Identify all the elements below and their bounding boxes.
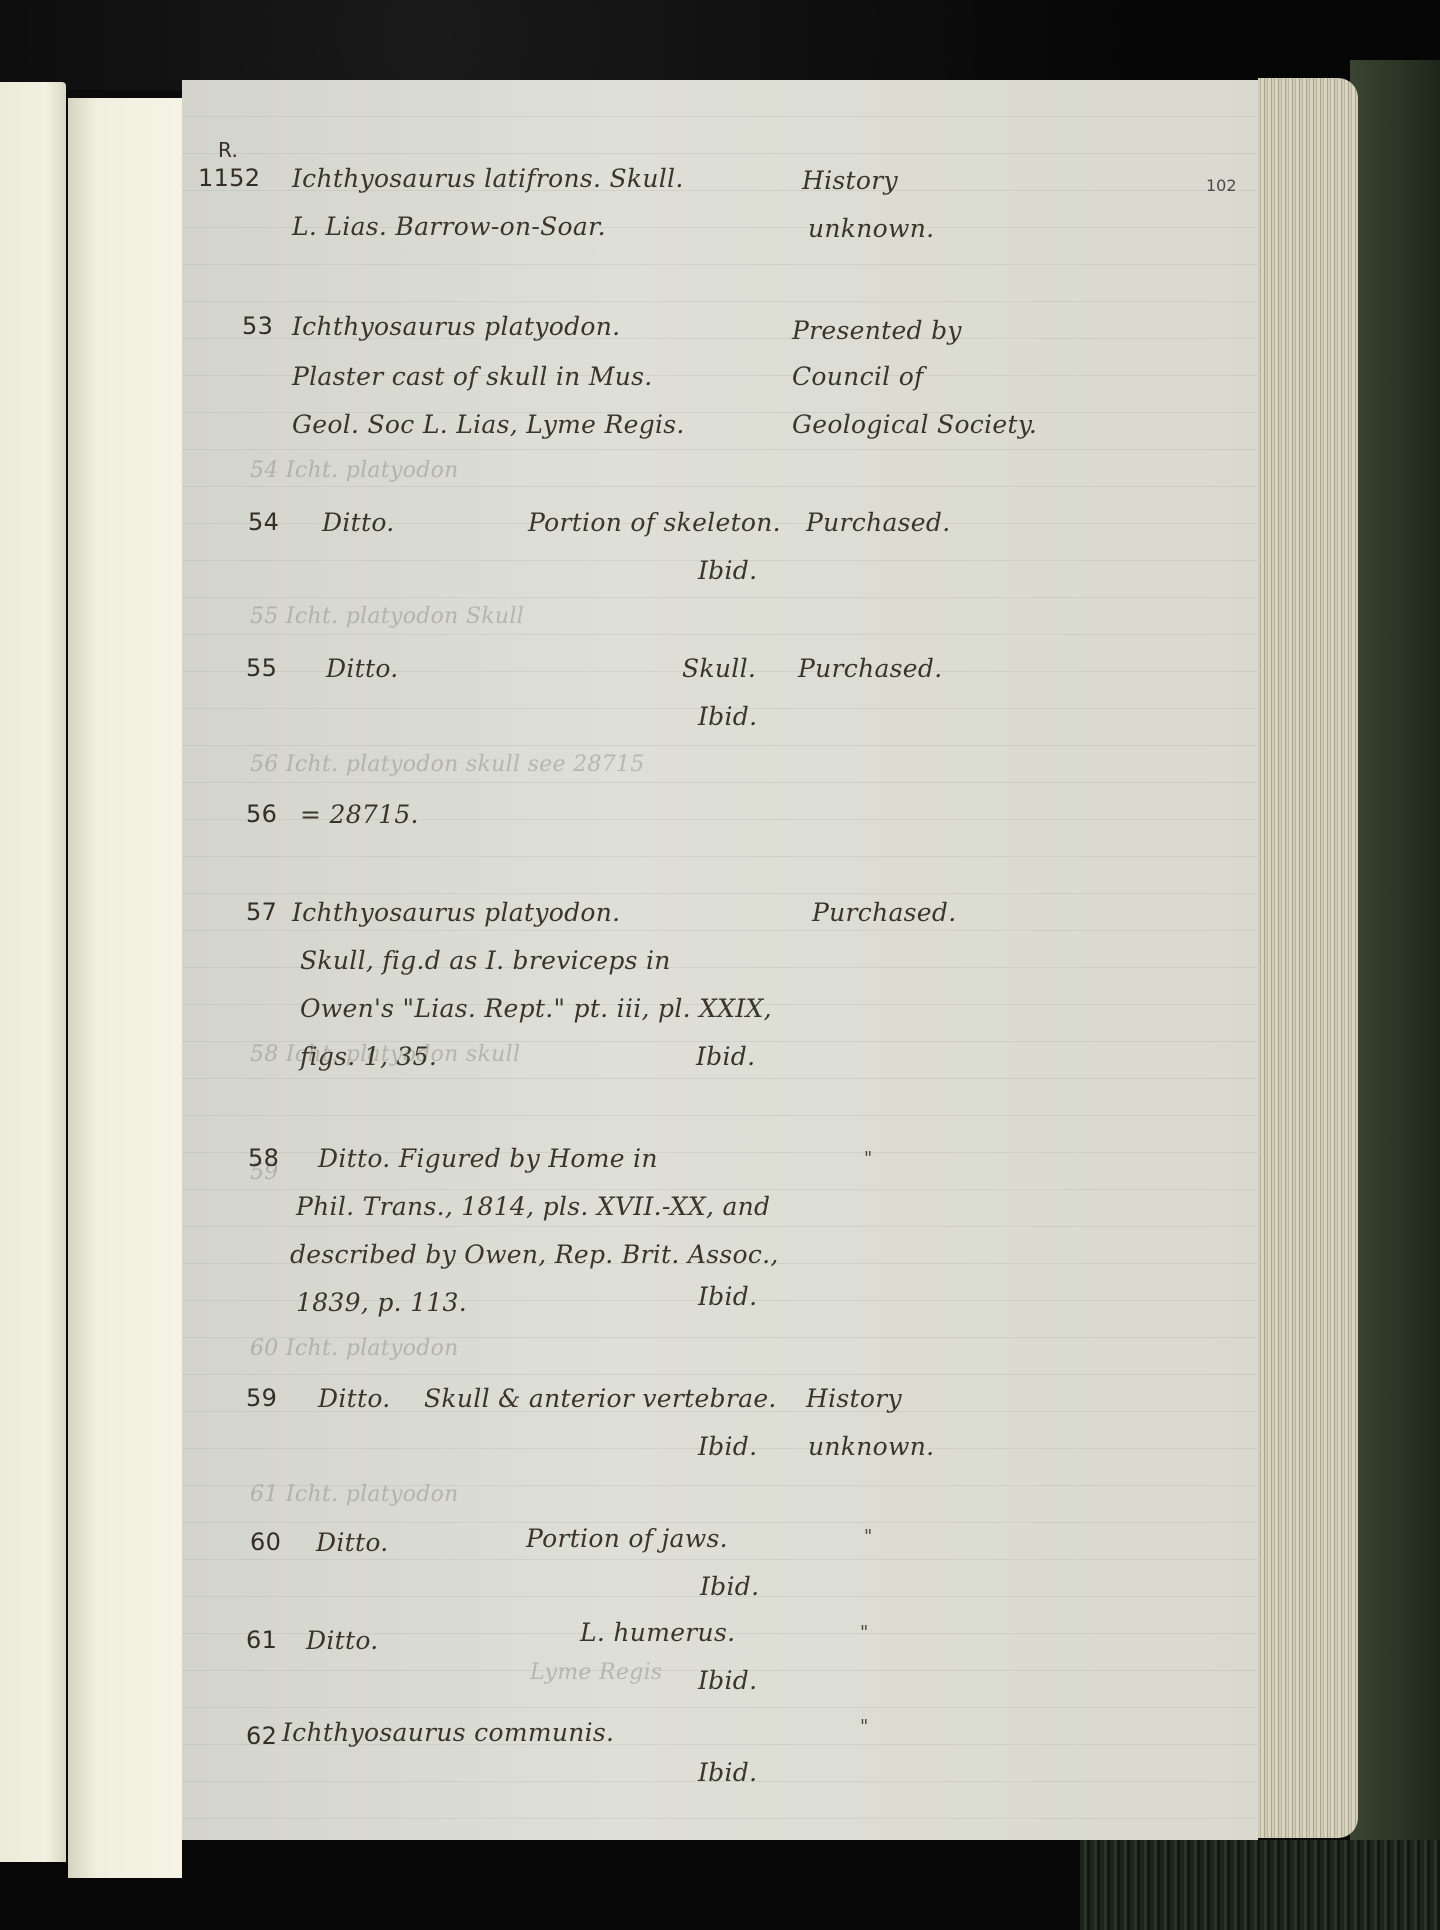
register-prefix: R. [218,138,238,162]
entry-name: Ichthyosaurus communis. [282,1718,614,1747]
entry-number: 1152 [198,164,260,192]
entry-number: 56 [246,800,277,828]
entry-history: History [806,1384,902,1413]
entry-ibid: Ibid. [698,702,757,731]
entry-name: = 28715. [300,800,419,829]
entry-history: unknown. [808,214,934,243]
entry-description: Skull. [682,654,756,683]
ditto-mark: " [860,1622,869,1643]
pencil-note: 54 Icht. platyodon [250,458,459,483]
pencil-note: 60 Icht. platyodon [250,1336,459,1361]
entry-ibid: Ibid. [698,1282,757,1311]
entry-number: 62 [246,1722,277,1750]
entry-description: L. humerus. [580,1618,735,1647]
entry-history: Council of [792,362,924,391]
entry-number: 57 [246,898,277,926]
entry-number: 53 [242,312,273,340]
pencil-note: 55 Icht. platyodon Skull [250,604,524,629]
entry-number: 55 [246,654,277,682]
pencil-note: 61 Icht. platyodon [250,1482,459,1507]
entry-text: Ichthyosaurus latifrons. Skull. [292,164,684,193]
entry-text: L. Lias. Barrow-on-Soar. [292,212,606,241]
entry-text: Ichthyosaurus platyodon. [292,898,620,927]
entry-name: Ditto. [326,654,399,683]
entry-number: 60 [250,1528,281,1556]
entry-name: Ditto. [322,508,395,537]
entry-name: Ditto. [318,1384,391,1413]
page-number: 102 [1206,176,1237,195]
entry-ibid: Ibid. [696,1042,755,1071]
entry-number: 58 [248,1144,279,1172]
entry-ibid: Ibid. [698,1432,757,1461]
entry-history: Purchased. [812,898,956,927]
entry-history: unknown. [808,1432,934,1461]
entry-text: Geol. Soc L. Lias, Lyme Regis. [292,410,685,439]
left-page-flap [68,98,182,1878]
entry-history: Presented by [792,316,962,345]
entry-text: Ichthyosaurus platyodon. [292,312,620,341]
page-stack-fore-edge [1258,78,1358,1838]
book-cover-cloth [1350,60,1440,1890]
entry-text: 1839, p. 113. [296,1288,467,1317]
entry-number: 61 [246,1626,277,1654]
pencil-note: 56 Icht. platyodon skull see 28715 [250,752,645,777]
entry-name: Ditto. [306,1626,379,1655]
entry-description: Skull & anterior vertebrae. [424,1384,777,1413]
entry-text: Phil. Trans., 1814, pls. XVII.-XX, and [296,1192,770,1221]
book-cover-cloth-bottom [1080,1840,1440,1930]
entry-history: Geological Society. [792,410,1037,439]
entry-ibid: Ibid. [698,1666,757,1695]
entry-history: Purchased. [798,654,942,683]
ditto-mark: " [860,1716,869,1737]
entry-number: 59 [246,1384,277,1412]
entry-text: described by Owen, Rep. Brit. Assoc., [290,1240,779,1269]
entry-ibid: Ibid. [698,556,757,585]
ditto-mark: " [864,1526,873,1547]
entry-ibid: Ibid. [698,1758,757,1787]
entry-text: Skull, fig.d as I. breviceps in [300,946,671,975]
entry-number: 54 [248,508,279,536]
entry-history: History [802,166,898,195]
entry-text: Ditto. Figured by Home in [318,1144,658,1173]
entry-text: Plaster cast of skull in Mus. [292,362,653,391]
dark-background-top [0,0,1440,90]
entry-name: Ditto. [316,1528,389,1557]
ditto-mark: " [864,1148,873,1169]
entry-ibid: Ibid. [700,1572,759,1601]
pencil-note: Lyme Regis [530,1660,663,1685]
entry-history: Purchased. [806,508,950,537]
entry-text: Owen's "Lias. Rept." pt. iii, pl. XXIX, [300,994,772,1023]
entry-text: figs. 1, 35. [300,1042,437,1071]
left-page-edge [0,82,66,1862]
entry-description: Portion of skeleton. [528,508,781,537]
entry-description: Portion of jaws. [526,1524,728,1553]
